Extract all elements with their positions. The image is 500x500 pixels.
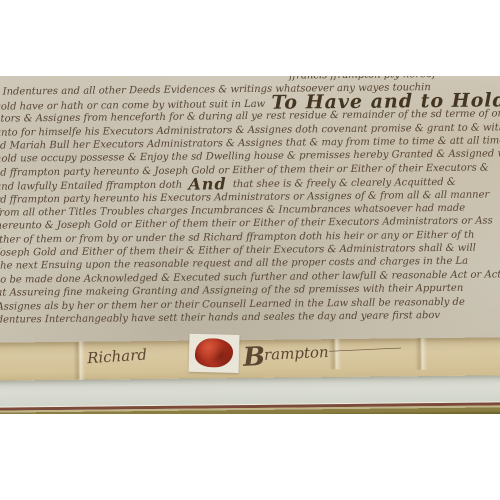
photo-tilt-wrapper: ffrancis fframpton pty hereofs Indenture… <box>0 76 500 414</box>
red-wax-seal <box>195 338 234 368</box>
signature-richard: Richard <box>87 346 148 368</box>
framed-indenture-photo: ffrancis fframpton pty hereofs Indenture… <box>0 76 500 414</box>
seal-paper-patch <box>189 334 240 373</box>
manuscript-text: ffrancis fframpton pty hereofs Indenture… <box>0 76 500 327</box>
signature-brampton: Brampton———————— <box>242 336 401 373</box>
signature-rest: rampton <box>264 343 329 364</box>
fold-crease <box>73 342 85 380</box>
parchment: ffrancis fframpton pty hereofs Indenture… <box>0 76 500 343</box>
signature-flourish: ———————— <box>328 343 400 357</box>
